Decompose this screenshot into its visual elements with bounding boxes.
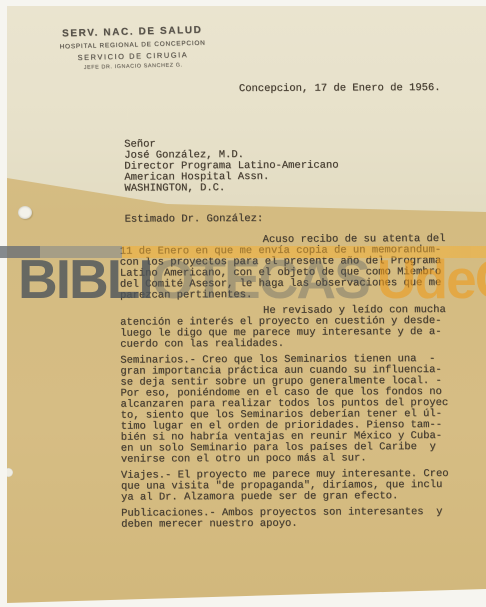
- salutation: Estimado Dr. González:: [125, 214, 264, 226]
- paragraph: Acuso recibo de su atenta del11 de Enero…: [120, 234, 456, 302]
- paragraph: Viajes.- El proyecto me parece muy inter…: [121, 469, 457, 504]
- text-line: venirse con el otro un poco más al sur.: [121, 453, 457, 466]
- stamp-chief: JEFE DR. IGNACIO SANCHEZ G.: [37, 61, 229, 72]
- paragraph: Publicaciones.- Ambos proyectos son inte…: [121, 507, 457, 531]
- text-line: deben merecer nuestro apoyo.: [121, 518, 457, 531]
- text-line: parezcan pertinentes.: [120, 289, 456, 302]
- recipient-block: SeñorJosé González, M.D.Director Program…: [124, 138, 339, 194]
- text-line: ya al Dr. Alzamora puede ser de gran efe…: [121, 491, 457, 504]
- letter-paragraphs: Acuso recibo de su atenta del11 de Enero…: [120, 234, 458, 536]
- typed-layer: SERV. NAC. DE SALUD HOSPITAL REGIONAL DE…: [0, 0, 486, 607]
- letterhead-stamp: SERV. NAC. DE SALUD HOSPITAL REGIONAL DE…: [36, 24, 229, 72]
- text-line: cuerdo con las realidades.: [120, 338, 456, 351]
- scanned-letter: SERV. NAC. DE SALUD HOSPITAL REGIONAL DE…: [0, 0, 486, 607]
- stamp-org-name: SERV. NAC. DE SALUD: [36, 24, 228, 40]
- recipient-line: WASHINGTON, D.C.: [124, 182, 338, 194]
- date-line: Concepcion, 17 de Enero de 1956.: [239, 83, 441, 95]
- paragraph: Seminarios.- Creo que los Seminarios tie…: [120, 354, 457, 466]
- paragraph: He revisado y leído con muchaatención e …: [120, 305, 456, 351]
